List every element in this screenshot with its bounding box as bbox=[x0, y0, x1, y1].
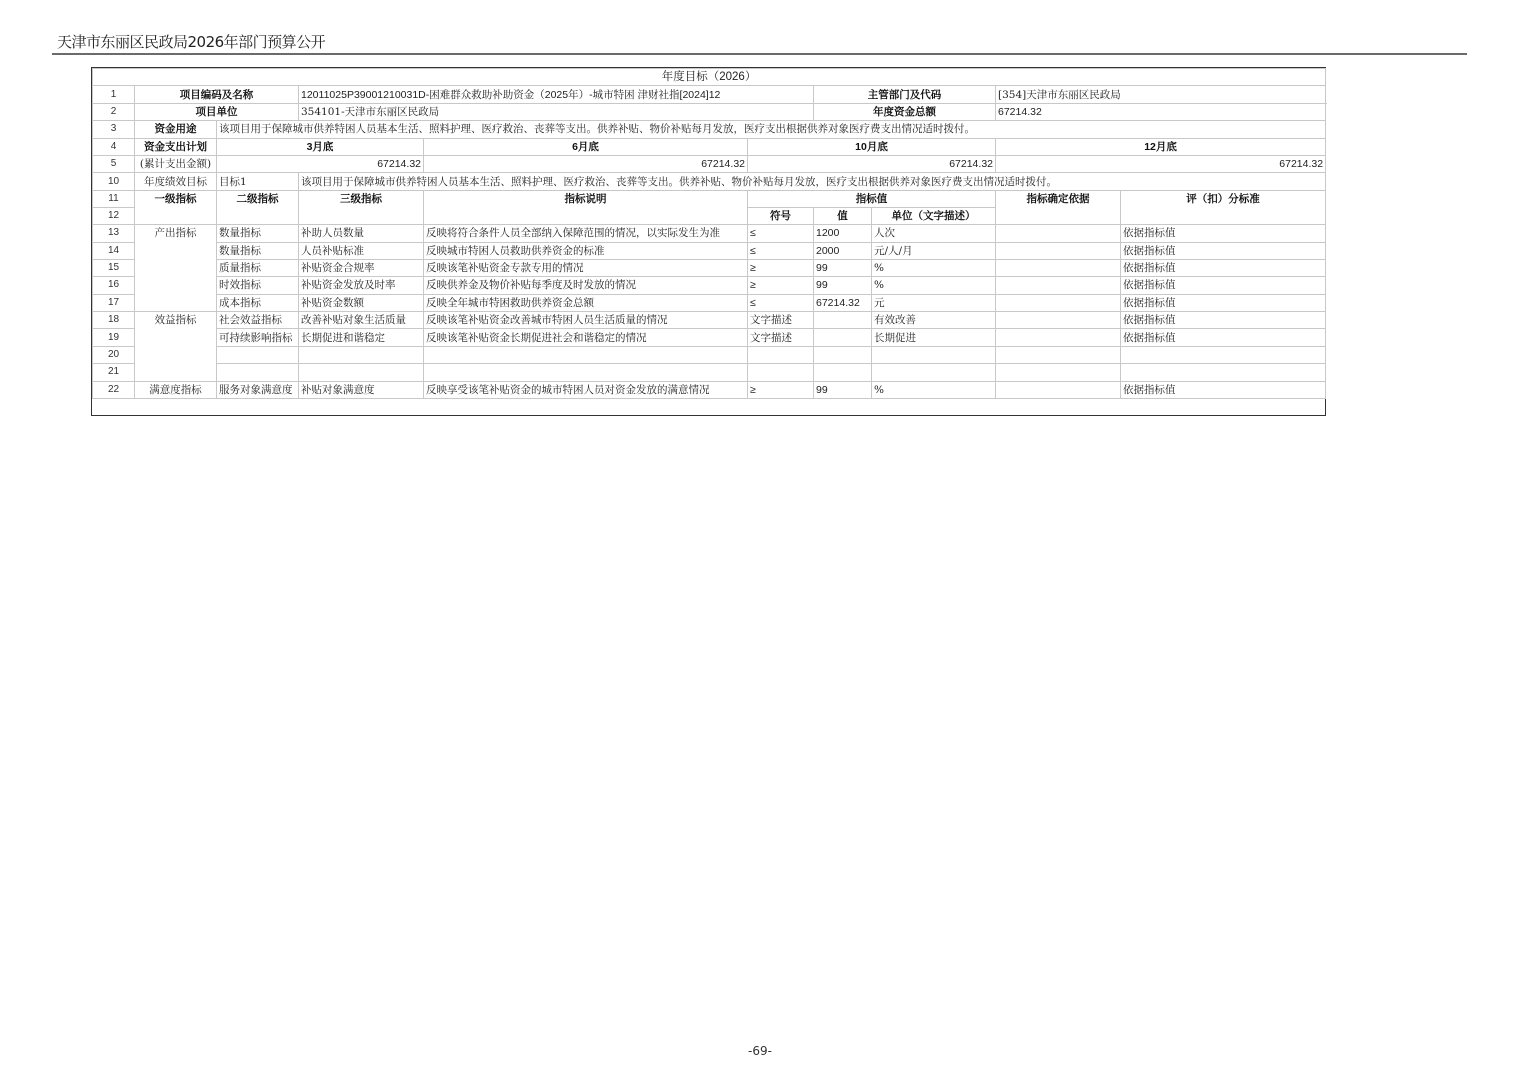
level3-indicator: 补贴资金数额 bbox=[299, 294, 424, 311]
indicator-symbol bbox=[748, 346, 814, 363]
level2-indicator: 质量指标 bbox=[217, 259, 299, 276]
indicator-description: 反映全年城市特困救助供养资金总额 bbox=[424, 294, 748, 311]
indicator-description: 反映城市特困人员救助供养资金的标准 bbox=[424, 242, 748, 259]
level3-indicator bbox=[299, 346, 424, 363]
indicator-unit bbox=[872, 346, 996, 363]
table-header-row: 11 一级指标 二级指标 三级指标 指标说明 指标值 指标确定依据 评（扣）分标… bbox=[93, 190, 1326, 207]
indicator-value bbox=[814, 312, 872, 329]
indicator-description bbox=[424, 364, 748, 381]
indicator-basis bbox=[996, 329, 1121, 346]
row-number: 15 bbox=[93, 259, 135, 276]
row-number: 3 bbox=[93, 121, 135, 138]
period-october: 10月底 bbox=[748, 138, 996, 155]
row-number: 20 bbox=[93, 346, 135, 363]
indicator-scoring: 依据指标值 bbox=[1121, 312, 1326, 329]
indicator-unit: 有效改善 bbox=[872, 312, 996, 329]
indicator-basis bbox=[996, 242, 1121, 259]
period-december: 12月底 bbox=[996, 138, 1326, 155]
indicator-scoring: 依据指标值 bbox=[1121, 294, 1326, 311]
row-number: 1 bbox=[93, 86, 135, 103]
indicator-basis bbox=[996, 346, 1121, 363]
indicator-scoring bbox=[1121, 364, 1326, 381]
indicator-basis bbox=[996, 381, 1121, 398]
indicator-unit: 长期促进 bbox=[872, 329, 996, 346]
indicator-scoring: 依据指标值 bbox=[1121, 242, 1326, 259]
indicator-scoring: 依据指标值 bbox=[1121, 277, 1326, 294]
col-header-description: 指标说明 bbox=[424, 190, 748, 224]
col-header-basis: 指标确定依据 bbox=[996, 190, 1121, 224]
amount-march: 67214.32 bbox=[217, 155, 424, 172]
document-header-title: 天津市东丽区民政局2026年部门预算公开 bbox=[57, 31, 325, 52]
indicator-symbol: 文字描述 bbox=[748, 312, 814, 329]
indicator-basis bbox=[996, 312, 1121, 329]
indicator-unit: % bbox=[872, 381, 996, 398]
fund-usage-label: 资金用途 bbox=[135, 121, 217, 138]
indicator-value: 2000 bbox=[814, 242, 872, 259]
col-header-scoring: 评（扣）分标准 bbox=[1121, 190, 1326, 224]
dept-label: 主管部门及代码 bbox=[814, 86, 996, 103]
row-number: 17 bbox=[93, 294, 135, 311]
table-row: 15质量指标补贴资金合规率反映该笔补贴资金专款专用的情况≥99%依据指标值 bbox=[93, 259, 1326, 276]
level3-indicator: 长期促进和谐稳定 bbox=[299, 329, 424, 346]
row-number: 10 bbox=[93, 173, 135, 190]
target-description: 该项目用于保障城市供养特困人员基本生活、照料护理、医疗救治、丧葬等支出。供养补贴… bbox=[299, 173, 1326, 190]
level3-indicator: 人员补贴标准 bbox=[299, 242, 424, 259]
target-table: 年度目标（2026） 1 项目编码及名称 12011025P3900121003… bbox=[92, 68, 1326, 399]
indicator-basis bbox=[996, 364, 1121, 381]
table-row: 21 bbox=[93, 364, 1326, 381]
table-row: 14数量指标人员补贴标准反映城市特困人员救助供养资金的标准≤2000元/人/月依… bbox=[93, 242, 1326, 259]
fund-usage-value: 该项目用于保障城市供养特困人员基本生活、照料护理、医疗救治、丧葬等支出。供养补贴… bbox=[217, 121, 1326, 138]
col-header-value: 值 bbox=[814, 208, 872, 225]
table-row: 22满意度指标服务对象满意度补贴对象满意度反映享受该笔补贴资金的城市特困人员对资… bbox=[93, 381, 1326, 398]
table-row: 13产出指标数量指标补助人员数量反映将符合条件人员全部纳入保障范围的情况，以实际… bbox=[93, 225, 1326, 242]
table-row: 1 项目编码及名称 12011025P39001210031D-困难群众救助补助… bbox=[93, 86, 1326, 103]
indicator-scoring: 依据指标值 bbox=[1121, 329, 1326, 346]
indicator-basis bbox=[996, 259, 1121, 276]
indicator-description bbox=[424, 346, 748, 363]
row-number: 12 bbox=[93, 208, 135, 225]
row-number: 11 bbox=[93, 190, 135, 207]
row-number: 5 bbox=[93, 155, 135, 172]
indicator-scoring: 依据指标值 bbox=[1121, 381, 1326, 398]
table-row: 17成本指标补贴资金数额反映全年城市特困救助供养资金总额≤67214.32元依据… bbox=[93, 294, 1326, 311]
row-number: 13 bbox=[93, 225, 135, 242]
indicator-unit: % bbox=[872, 277, 996, 294]
indicator-unit: % bbox=[872, 259, 996, 276]
row-number: 22 bbox=[93, 381, 135, 398]
indicator-value: 99 bbox=[814, 381, 872, 398]
level2-indicator bbox=[217, 364, 299, 381]
indicator-scoring: 依据指标值 bbox=[1121, 259, 1326, 276]
indicator-symbol: ≥ bbox=[748, 259, 814, 276]
table-row: 4 资金支出计划 3月底 6月底 10月底 12月底 bbox=[93, 138, 1326, 155]
level3-indicator: 补贴资金合规率 bbox=[299, 259, 424, 276]
project-unit-value: 354101-天津市东丽区民政局 bbox=[299, 103, 814, 120]
indicator-basis bbox=[996, 294, 1121, 311]
level2-indicator: 可持续影响指标 bbox=[217, 329, 299, 346]
indicator-symbol: ≤ bbox=[748, 225, 814, 242]
col-header-level1: 一级指标 bbox=[135, 190, 217, 224]
level2-indicator bbox=[217, 346, 299, 363]
period-march: 3月底 bbox=[217, 138, 424, 155]
table-row: 2 项目单位 354101-天津市东丽区民政局 年度资金总额 67214.32 bbox=[93, 103, 1326, 120]
page-number: -69- bbox=[0, 1044, 1520, 1058]
period-june: 6月底 bbox=[424, 138, 748, 155]
level3-indicator: 补贴资金发放及时率 bbox=[299, 277, 424, 294]
indicator-value bbox=[814, 364, 872, 381]
performance-target-sheet: 年度目标（2026） 1 项目编码及名称 12011025P3900121003… bbox=[91, 67, 1326, 416]
level3-indicator: 改善补贴对象生活质量 bbox=[299, 312, 424, 329]
level2-indicator: 社会效益指标 bbox=[217, 312, 299, 329]
row-number: 18 bbox=[93, 312, 135, 329]
level2-indicator: 数量指标 bbox=[217, 242, 299, 259]
level1-indicator: 效益指标 bbox=[135, 312, 217, 382]
col-header-unit: 单位（文字描述） bbox=[872, 208, 996, 225]
indicator-symbol: ≥ bbox=[748, 381, 814, 398]
col-header-level3: 三级指标 bbox=[299, 190, 424, 224]
indicator-basis bbox=[996, 277, 1121, 294]
indicator-description: 反映该笔补贴资金长期促进社会和谐稳定的情况 bbox=[424, 329, 748, 346]
table-row: 19可持续影响指标长期促进和谐稳定反映该笔补贴资金长期促进社会和谐稳定的情况文字… bbox=[93, 329, 1326, 346]
indicator-value bbox=[814, 329, 872, 346]
indicator-description: 反映供养金及物价补贴每季度及时发放的情况 bbox=[424, 277, 748, 294]
level1-indicator: 产出指标 bbox=[135, 225, 217, 312]
project-code-value: 12011025P39001210031D-困难群众救助补助资金（2025年）-… bbox=[299, 86, 814, 103]
target-name: 目标1 bbox=[217, 173, 299, 190]
level2-indicator: 时效指标 bbox=[217, 277, 299, 294]
table-row: 18效益指标社会效益指标改善补贴对象生活质量反映该笔补贴资金改善城市特困人员生活… bbox=[93, 312, 1326, 329]
table-row: 5 (累计支出金额) 67214.32 67214.32 67214.32 67… bbox=[93, 155, 1326, 172]
row-number: 16 bbox=[93, 277, 135, 294]
level2-indicator: 数量指标 bbox=[217, 225, 299, 242]
row-number: 19 bbox=[93, 329, 135, 346]
table-row: 3 资金用途 该项目用于保障城市供养特困人员基本生活、照料护理、医疗救治、丧葬等… bbox=[93, 121, 1326, 138]
col-header-indicator-value: 指标值 bbox=[748, 190, 996, 207]
annual-total-value: 67214.32 bbox=[996, 103, 1326, 120]
level3-indicator bbox=[299, 364, 424, 381]
indicator-symbol: 文字描述 bbox=[748, 329, 814, 346]
table-row: 16时效指标补贴资金发放及时率反映供养金及物价补贴每季度及时发放的情况≥99%依… bbox=[93, 277, 1326, 294]
level3-indicator: 补贴对象满意度 bbox=[299, 381, 424, 398]
amount-june: 67214.32 bbox=[424, 155, 748, 172]
indicator-value: 99 bbox=[814, 259, 872, 276]
indicator-scoring: 依据指标值 bbox=[1121, 225, 1326, 242]
sheet-title-row: 年度目标（2026） bbox=[93, 69, 1326, 86]
indicator-unit bbox=[872, 364, 996, 381]
indicator-description: 反映该笔补贴资金改善城市特困人员生活质量的情况 bbox=[424, 312, 748, 329]
row-number: 21 bbox=[93, 364, 135, 381]
indicator-value: 67214.32 bbox=[814, 294, 872, 311]
indicator-symbol: ≥ bbox=[748, 277, 814, 294]
indicator-basis bbox=[996, 225, 1121, 242]
level3-indicator: 补助人员数量 bbox=[299, 225, 424, 242]
level2-indicator: 成本指标 bbox=[217, 294, 299, 311]
indicator-value: 1200 bbox=[814, 225, 872, 242]
level2-indicator: 服务对象满意度 bbox=[217, 381, 299, 398]
indicator-unit: 元 bbox=[872, 294, 996, 311]
indicator-scoring bbox=[1121, 346, 1326, 363]
indicator-description: 反映享受该笔补贴资金的城市特困人员对资金发放的满意情况 bbox=[424, 381, 748, 398]
row-number: 2 bbox=[93, 103, 135, 120]
indicator-symbol bbox=[748, 364, 814, 381]
indicator-description: 反映将符合条件人员全部纳入保障范围的情况，以实际发生为准 bbox=[424, 225, 748, 242]
indicator-description: 反映该笔补贴资金专款专用的情况 bbox=[424, 259, 748, 276]
amount-december: 67214.32 bbox=[996, 155, 1326, 172]
level1-indicator: 满意度指标 bbox=[135, 381, 217, 398]
col-header-level2: 二级指标 bbox=[217, 190, 299, 224]
header-divider bbox=[52, 53, 1467, 55]
row-number: 14 bbox=[93, 242, 135, 259]
row-number: 4 bbox=[93, 138, 135, 155]
table-row: 10 年度绩效目标 目标1 该项目用于保障城市供养特困人员基本生活、照料护理、医… bbox=[93, 173, 1326, 190]
project-unit-label: 项目单位 bbox=[135, 103, 299, 120]
indicator-unit: 元/人/月 bbox=[872, 242, 996, 259]
indicator-value bbox=[814, 346, 872, 363]
spending-plan-label: 资金支出计划 bbox=[135, 138, 217, 155]
cumulative-label: (累计支出金额) bbox=[135, 155, 217, 172]
indicator-rows: 13产出指标数量指标补助人员数量反映将符合条件人员全部纳入保障范围的情况，以实际… bbox=[93, 225, 1326, 399]
amount-october: 67214.32 bbox=[748, 155, 996, 172]
annual-target-label: 年度绩效目标 bbox=[135, 173, 217, 190]
table-row: 20 bbox=[93, 346, 1326, 363]
indicator-symbol: ≤ bbox=[748, 294, 814, 311]
annual-total-label: 年度资金总额 bbox=[814, 103, 996, 120]
dept-value: [354]天津市东丽区民政局 bbox=[996, 86, 1326, 103]
indicator-unit: 人次 bbox=[872, 225, 996, 242]
project-code-label: 项目编码及名称 bbox=[135, 86, 299, 103]
sheet-title: 年度目标（2026） bbox=[93, 69, 1326, 86]
indicator-value: 99 bbox=[814, 277, 872, 294]
col-header-symbol: 符号 bbox=[748, 208, 814, 225]
indicator-symbol: ≤ bbox=[748, 242, 814, 259]
